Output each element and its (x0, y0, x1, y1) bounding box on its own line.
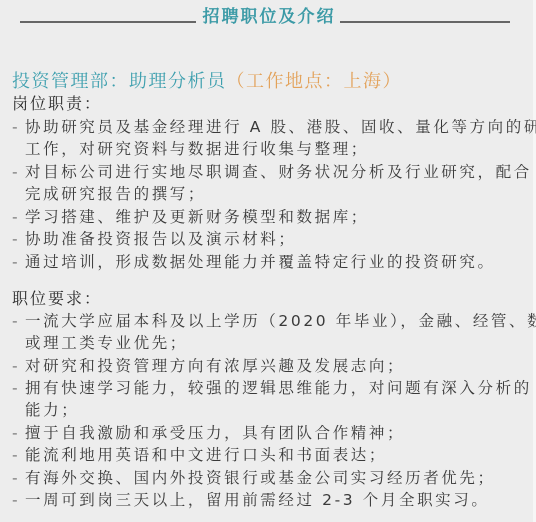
responsibility-item: -通过培训，形成数据处理能力并覆盖特定行业的投资研究。 (12, 251, 496, 273)
responsibility-item: -学习搭建、维护及更新财务模型和数据库； (12, 206, 369, 228)
work-location: （工作地点：上海） (227, 71, 403, 92)
section-header: 招聘职位及介绍 (0, 5, 536, 29)
requirement-item: -能流利地用英语和中文进行口头和书面表达； (12, 444, 387, 466)
requirement-item: -一流大学应届本科及以上学历（2020 年毕业），金融、经管、数学 (12, 310, 536, 332)
position-title: 投资管理部：助理分析员（工作地点：上海） (12, 70, 402, 94)
responsibility-item: -对目标公司进行实地尽职调查、财务状况分析及行业研究，配合 (12, 161, 532, 183)
requirement-item: -一周可到岗三天以上，留用前需经过 2-3 个月全职实习。 (12, 489, 489, 511)
responsibility-item: -协助研究员及基金经理进行 A 股、港股、固收、量化等方向的研究 (12, 116, 536, 138)
responsibility-item-cont: 工作，对研究资料与数据进行收集与整理； (25, 138, 369, 160)
divider-left (20, 21, 196, 23)
responsibility-item: -协助准备投资报告以及演示材料； (12, 228, 297, 250)
requirement-item-cont: 能力； (25, 399, 79, 421)
requirement-item-cont: 或理工类专业优先； (25, 332, 188, 354)
department-and-role: 投资管理部：助理分析员 (12, 71, 227, 92)
requirement-item: -擅于自我激励和承受压力，具有团队合作精神； (12, 422, 405, 444)
requirement-item: -有海外交换、国内外投资银行或基金公司实习经历者优先； (12, 467, 496, 489)
responsibilities-heading: 岗位职责： (12, 93, 102, 115)
responsibility-item-cont: 完成研究报告的撰写； (25, 183, 206, 205)
requirement-item: -拥有快速学习能力，较强的逻辑思维能力，对问题有深入分析的 (12, 377, 532, 399)
requirement-item: -对研究和投资管理方向有浓厚兴趣及发展志向； (12, 355, 405, 377)
divider-right (340, 21, 510, 23)
section-title: 招聘职位及介绍 (199, 5, 339, 29)
requirements-heading: 职位要求： (12, 288, 102, 310)
